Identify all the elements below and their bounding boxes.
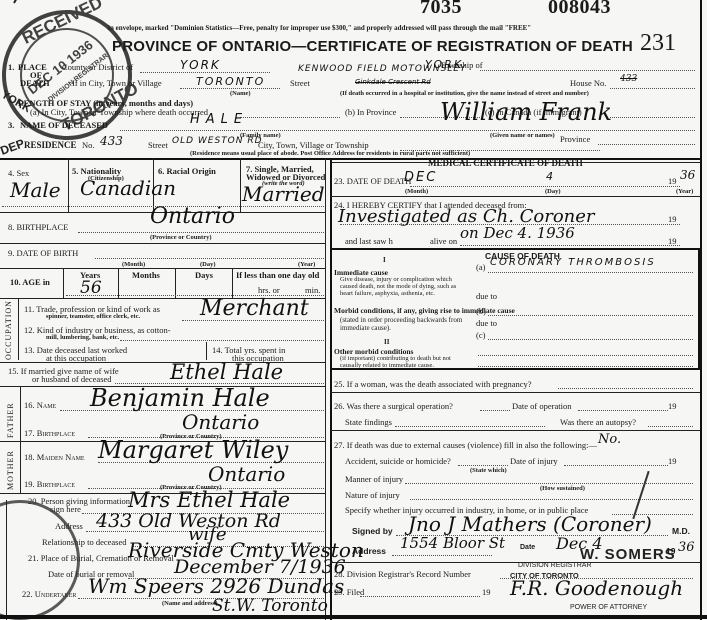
street-struck-value: Ginkdale Crescent Rd [355, 78, 431, 86]
residence-number-value: 433 [100, 134, 123, 148]
mother-maiden-name-value: Margaret Wiley [98, 436, 288, 464]
signed-year-value: 36 [678, 540, 695, 555]
mail-instruction: in envelope, marked "Dominion Statistics… [108, 24, 698, 32]
death-month-value: DEC [404, 170, 437, 185]
mother-side-label: MOTHER [6, 444, 15, 490]
city-value: TORONTO [196, 75, 265, 88]
house-number-value: 433 [620, 74, 637, 84]
undertaker-value-line1: Wm Speers 2926 Dundas [88, 574, 344, 598]
signed-by-value: Jno J Mathers (Coroner) [408, 512, 652, 536]
last-seen-value: on Dec 4. 1936 [460, 224, 575, 242]
death-certificate: 7035 008043 in envelope, marked "Dominio… [0, 0, 707, 620]
serial-number-left: 7035 [420, 0, 462, 19]
registrar-title-stamp: DIVISION REGISTRAR [518, 562, 592, 569]
stamp-fragment-dep: DEP [0, 136, 26, 158]
division-stamp-partial [0, 500, 80, 620]
cause-a-value: CORONARY THROMBOSIS [490, 257, 656, 268]
power-of-attorney-stamp: POWER OF ATTORNEY [570, 604, 647, 611]
nationality-value: Canadian [80, 176, 176, 200]
marital-status-value: Married [242, 182, 325, 206]
informant-name-value: Mrs Ethel Hale [128, 488, 290, 512]
registrar-name-stamp: W. SOMERS [580, 546, 676, 563]
certificate-title: PROVINCE OF ONTARIO—CERTIFICATE OF REGIS… [112, 38, 633, 55]
death-year-value: 36 [680, 168, 695, 182]
serial-number-right: 008043 [548, 0, 611, 19]
father-birthplace-value: Ontario [182, 410, 259, 434]
check-mark [13, 0, 29, 4]
street-value: KENWOOD FIELD MOTOWNSLEY [298, 64, 466, 74]
sex-value: Male [10, 178, 61, 202]
family-name-value: HALE [190, 112, 248, 127]
occupation-value: Merchant [200, 296, 309, 321]
father-name-value: Benjamin Hale [90, 384, 270, 412]
undertaker-value-line2: St.W. Toronto [212, 596, 328, 616]
spouse-name-value: Ethel Hale [170, 360, 283, 384]
external-causes-note: No. [598, 432, 621, 447]
medical-heading: MEDICAL CERTIFICATE OF DEATH [428, 158, 583, 168]
registrar-signature: F.R. Goodenough [510, 576, 683, 600]
death-day-value: 4 [546, 170, 555, 183]
address-value: 1554 Bloor St [400, 534, 505, 552]
county-value: YORK [180, 58, 221, 72]
given-names-value: William Frank [440, 98, 612, 126]
residence-street-value: OLD WESTON RD [172, 136, 263, 146]
registration-number: 231 [640, 30, 676, 57]
birthplace-value: Ontario [150, 204, 235, 229]
mother-birthplace-value: Ontario [208, 462, 285, 486]
occupation-side-label: OCCUPATION [4, 302, 13, 360]
father-side-label: FATHER [6, 390, 15, 438]
